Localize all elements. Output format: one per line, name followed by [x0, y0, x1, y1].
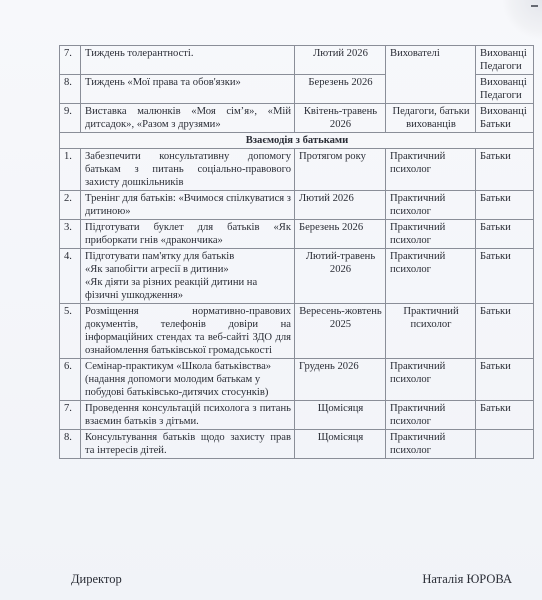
- row-number: 1.: [60, 149, 81, 191]
- row-number: 5.: [60, 304, 81, 359]
- date-cell: Лютий-травень 2026: [295, 249, 386, 304]
- date-cell: Протягом року: [295, 149, 386, 191]
- table-row: 7. Проведення консультацій психолога з п…: [60, 401, 534, 430]
- activity-cell: Консультування батьків щодо захисту прав…: [81, 430, 295, 459]
- table-row: 5. Розміщення нормативно-правових докуме…: [60, 304, 534, 359]
- date-cell: Березень 2026: [295, 75, 386, 104]
- table-row: 9. Виставка малюнків «Моя сім’я», «Мій д…: [60, 104, 534, 133]
- row-number: 7.: [60, 46, 81, 75]
- table-row: 7. Тиждень толерантності. Лютий 2026 Вих…: [60, 46, 534, 75]
- row-number: 4.: [60, 249, 81, 304]
- responsible-cell: Практичний психолог: [386, 149, 476, 191]
- table-row: 2. Тренінг для батьків: «Вчимося спілкув…: [60, 191, 534, 220]
- document-page: 7. Тиждень толерантності. Лютий 2026 Вих…: [0, 0, 542, 600]
- table-row: 3. Підготувати буклет для батьків «Як пр…: [60, 220, 534, 249]
- date-cell: Щомісяця: [295, 430, 386, 459]
- responsible-cell: Практичний психолог: [386, 430, 476, 459]
- activity-cell: Розміщення нормативно-правових документі…: [81, 304, 295, 359]
- responsible-cell: Педагоги, батьки вихованців: [386, 104, 476, 133]
- date-cell: Вересень-жовтень 2025: [295, 304, 386, 359]
- table-row: 6. Семінар-практикум «Школа батьківства»…: [60, 359, 534, 401]
- page-corner-fold: [502, 0, 542, 40]
- responsible-cell: Практичний психолог: [386, 359, 476, 401]
- responsible-cell: Практичний психолог: [386, 191, 476, 220]
- responsible-cell: Практичний психолог: [386, 304, 476, 359]
- participants-cell: Батьки: [476, 401, 534, 430]
- participants-cell: Батьки: [476, 149, 534, 191]
- activity-line: «Як діяти за різних реакцій дитини на фі…: [85, 276, 291, 302]
- activity-cell: Семінар-практикум «Школа батьківства» (н…: [81, 359, 295, 401]
- responsible-cell: Практичний психолог: [386, 220, 476, 249]
- row-number: 8.: [60, 430, 81, 459]
- participants-cell: Вихованці Педагоги: [476, 46, 534, 75]
- activity-cell: Тиждень толерантності.: [81, 46, 295, 75]
- activity-cell: Тиждень «Мої права та обов'язки»: [81, 75, 295, 104]
- section-title: Взаємодія з батьками: [60, 133, 534, 149]
- table-row: 8. Консультування батьків щодо захисту п…: [60, 430, 534, 459]
- table-row: 4. Підготувати пам'ятку для батьків «Як …: [60, 249, 534, 304]
- date-cell: Щомісяця: [295, 401, 386, 430]
- row-number: 7.: [60, 401, 81, 430]
- date-cell: Грудень 2026: [295, 359, 386, 401]
- participants-cell: Батьки: [476, 220, 534, 249]
- date-cell: Березень 2026: [295, 220, 386, 249]
- section-header-row: Взаємодія з батьками: [60, 133, 534, 149]
- participants-cell: Батьки: [476, 359, 534, 401]
- activity-cell: Підготувати буклет для батьків «Як прибо…: [81, 220, 295, 249]
- row-number: 9.: [60, 104, 81, 133]
- date-cell: Квітень-травень 2026: [295, 104, 386, 133]
- row-number: 2.: [60, 191, 81, 220]
- participants-cell: Батьки: [476, 304, 534, 359]
- participants-cell: [476, 430, 534, 459]
- signatory-name: Наталія ЮРОВА: [422, 572, 512, 587]
- activity-line: Підготувати пам'ятку для батьків: [85, 250, 291, 263]
- date-cell: Лютий 2026: [295, 46, 386, 75]
- activity-cell: Тренінг для батьків: «Вчимося спілкувати…: [81, 191, 295, 220]
- table-row: 1. Забезпечити консультативну допомогу б…: [60, 149, 534, 191]
- participants-cell: Батьки: [476, 191, 534, 220]
- row-number: 8.: [60, 75, 81, 104]
- activity-cell: Виставка малюнків «Моя сім’я», «Мій дитс…: [81, 104, 295, 133]
- row-number: 6.: [60, 359, 81, 401]
- activity-cell: Забезпечити консультативну допомогу бать…: [81, 149, 295, 191]
- activity-cell: Підготувати пам'ятку для батьків «Як зап…: [81, 249, 295, 304]
- responsible-cell: Практичний психолог: [386, 249, 476, 304]
- activity-line: «Як запобігти агресії в дитини»: [85, 263, 291, 276]
- responsible-cell: Вихователі: [386, 46, 476, 104]
- row-number: 3.: [60, 220, 81, 249]
- date-cell: Лютий 2026: [295, 191, 386, 220]
- staple-mark: [531, 5, 538, 7]
- activity-cell: Проведення консультацій психолога з пита…: [81, 401, 295, 430]
- participants-cell: Вихованці Батьки: [476, 104, 534, 133]
- responsible-cell: Практичний психолог: [386, 401, 476, 430]
- signatory-position: Директор: [71, 572, 122, 587]
- participants-cell: Вихованці Педагоги: [476, 75, 534, 104]
- participants-cell: Батьки: [476, 249, 534, 304]
- activity-plan-table: 7. Тиждень толерантності. Лютий 2026 Вих…: [59, 45, 534, 459]
